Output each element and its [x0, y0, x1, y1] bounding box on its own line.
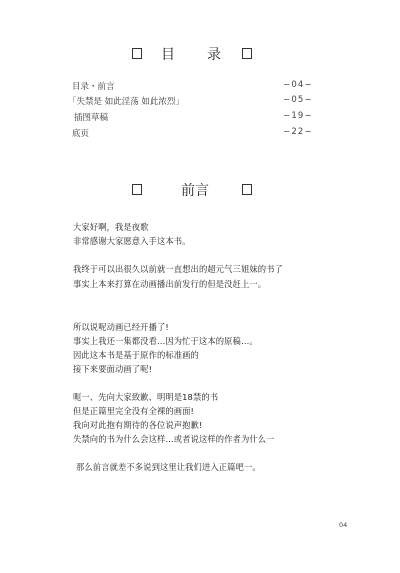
toc-entry-page: −22−	[283, 127, 313, 137]
preface-line: 失禁向的书为什么会这样…或者说这样的作者为什么一	[73, 433, 275, 445]
square-bullet-icon	[242, 184, 252, 195]
preface-line: 我终于可以出很久以前就一直想出的超元气三姐妹的书了	[73, 263, 283, 275]
toc-entry-page: −19−	[283, 111, 313, 121]
toc-entry: 插图草稿 −19−	[0, 111, 400, 125]
preface-line: 因此这本书是基于原作的标准画的	[73, 349, 199, 361]
preface-line: 非常感谢大家愿意入手这本书。	[73, 235, 191, 247]
preface-line: 大家好啊，我是夜歌	[73, 221, 149, 233]
square-bullet-icon	[132, 48, 142, 59]
toc-entry-label: 底页	[72, 127, 89, 139]
toc-heading: 目 录	[0, 44, 400, 64]
toc-title-char-2: 录	[207, 44, 221, 64]
toc-entry-label: 「失禁是 如此淫荡 如此浓烈」	[68, 95, 184, 107]
toc-entry-page: −04−	[283, 80, 313, 90]
preface-line: 那么前言就差不多说到这里让我们进入正篇吧一。	[76, 461, 261, 473]
toc-entry-page: −05−	[283, 95, 313, 105]
toc-entry-label: 目录・前言	[72, 80, 115, 92]
preface-title: 前言	[181, 180, 209, 200]
preface-line: 事实上我还一集都没看…因为忙于这本的原稿…。	[73, 335, 258, 347]
preface-line: 事实上本来打算在动画播出前发行的但是没赶上一。	[73, 278, 266, 290]
page-number: 04	[339, 521, 347, 529]
preface-line: 我向对此抱有期待的各位说声抱歉!	[73, 419, 202, 431]
toc-entry: 「失禁是 如此淫荡 如此浓烈」 −05−	[0, 95, 400, 109]
preface-line: 所以说呢动画已经开播了!	[73, 321, 169, 333]
preface-line: 接下来要面动画了呢!	[73, 363, 152, 375]
preface-line: 呃一、先向大家致歉、明明是18禁的书	[73, 391, 218, 403]
toc-title-char-1: 目	[161, 44, 175, 64]
preface-line: 但是正篇里完全没有全裸的画面!	[73, 405, 194, 417]
square-bullet-icon	[242, 48, 252, 59]
toc-entry: 底页 −22−	[0, 127, 400, 141]
square-bullet-icon	[132, 184, 142, 195]
toc-entry: 目录・前言 −04−	[0, 80, 400, 94]
toc-entry-label: 插图草稿	[74, 111, 108, 123]
preface-heading: 前言	[0, 180, 400, 200]
